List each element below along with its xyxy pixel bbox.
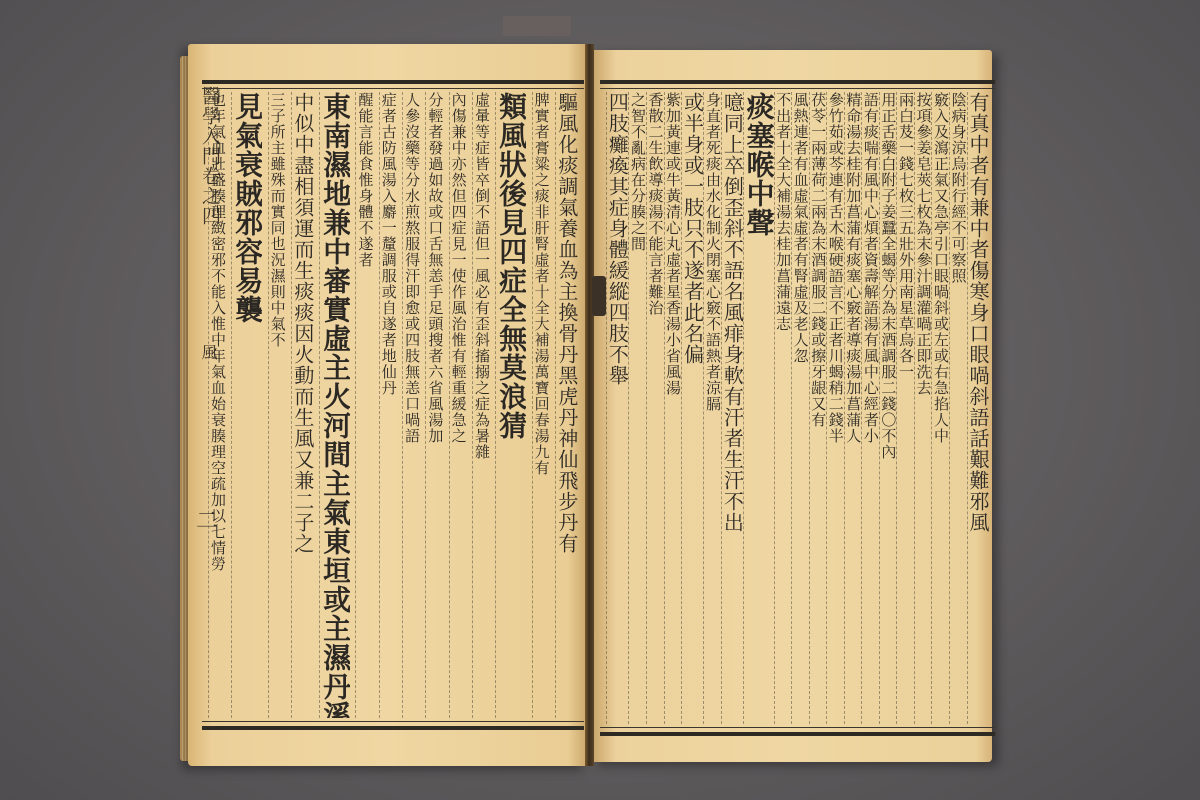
text-column: 不出者十全大補湯去桂加菖蒲遠志 (774, 92, 792, 724)
text-column: 東南濕地兼中審實虛主火河間主氣東垣或主濕丹溪內傷兼 (319, 92, 350, 718)
book-fold (585, 44, 594, 766)
text-column: 內傷兼中亦然但四症見一使作風治惟有輕重緩急之 (449, 92, 467, 718)
text-column: 驅風化痰調氣養血為主換骨丹黑虎丹神仙飛步丹有 (555, 92, 578, 718)
archive-label-tag (503, 16, 571, 36)
text-column: 分輕者發過如故或口舌無恙手足頭搜者六省風湯加 (425, 92, 443, 718)
text-column: 紫加黃連或牛黃清心丸虛者星香湯小省風湯 (664, 92, 682, 724)
text-column: 虛暈等症皆卒倒不語但一風必有歪斜搐搦之症為暑雜 (472, 92, 490, 718)
left-text-frame: 驅風化痰調氣養血為主換骨丹黑虎丹神仙飛步丹有脾實者膏粱之痰非肝腎虛者十全大補湯萬… (202, 80, 584, 730)
left-columns: 驅風化痰調氣養血為主換骨丹黑虎丹神仙飛步丹有脾實者膏粱之痰非肝腎虛者十全大補湯萬… (208, 92, 578, 718)
text-column: 參竹茹或芩連有舌木喉硬語言不正者川蝎稍二錢半 (826, 92, 844, 724)
text-column: 之智不亂病在分腠之間 (628, 92, 646, 724)
text-column: 類風狀後見四症全無莫浪猜 (495, 92, 526, 718)
text-column: 醒能言能食惟身體不遂者 (355, 92, 373, 718)
text-column: 或半身或一肢只不遂者此名偏 (681, 92, 703, 724)
text-column: 也年氣血壯盛腠理緻密邪不能入惟中年氣血始衰腠理空疏加以七情勞 (208, 92, 226, 718)
text-column: 人參沒藥等分水煎熬服得汗即愈或四肢無恙口喎語 (402, 92, 420, 718)
text-column: 茯苓一兩薄荷二兩為末酒調服二錢或擦牙龈又有 (809, 92, 827, 724)
text-column: 用正舌藥白附子姜蠶全蝎等分為末酒調服二錢〇不內 (879, 92, 897, 724)
text-column: 脾實者膏粱之痰非肝腎虛者十全大補湯萬寶回春湯九有 (532, 92, 550, 718)
text-column: 竅入及瀉正氣又急亭引口眼喎斜或左或右急掐人中 (931, 92, 949, 724)
right-columns: 有真中者有兼中者傷寒身口眼喎斜語話艱難邪風陰病身涼烏附行經不可察照竅入及瀉正氣又… (606, 92, 989, 724)
text-column: 身直者死痰由水化制火閉塞心竅不語熱者涼膈 (703, 92, 721, 724)
text-column: 四肢癱瘓其症身體緩縱四肢不舉 (606, 92, 628, 724)
right-text-frame: 有真中者有兼中者傷寒身口眼喎斜語話艱難邪風陰病身涼烏附行經不可察照竅入及瀉正氣又… (600, 80, 995, 736)
text-column: 噫同上卒倒歪斜不語名風痱身軟有汗者生汗不出 (721, 92, 743, 724)
text-column: 按項參姜皂莢七枚為末參汁調灌喎正即洗去 (914, 92, 932, 724)
text-column: 兩白芨一錢七枚三五壯外用南星草烏各一 (896, 92, 914, 724)
text-column: 語有痰喘有風中心煩者資壽解語湯有風中心經者小 (861, 92, 879, 724)
text-column: 有真中者有兼中者傷寒身口眼喎斜語話艱難邪風 (967, 92, 989, 724)
text-column: 中似中盡相須運而生痰痰因火動而生風又兼二子之 (291, 92, 314, 718)
text-column: 香散二生飲導痰湯不能言者難治 (646, 92, 664, 724)
text-column: 風熱連者有血虛氣虛者有腎虛及老人忽 (791, 92, 809, 724)
text-column: 三子所主雖殊而實同也況濕則中氣不 (268, 92, 286, 718)
text-column: 精命湯去桂附加菖蒲有痰塞心竅者導痰湯加菖蒲人 (844, 92, 862, 724)
text-column: 痰塞喉中聲 (743, 92, 773, 724)
open-book: 醫學入門卷之四 風 二 醫學入門卷之四 驅風化痰調氣養血為主換骨丹黑虎丹神仙飛步… (180, 44, 1000, 764)
text-column: 症者古防風湯入麝一釐調服或自遂者地仙丹 (379, 92, 397, 718)
text-column: 陰病身涼烏附行經不可察照 (949, 92, 967, 724)
text-column: 見氣衰賊邪容易襲 (231, 92, 262, 718)
